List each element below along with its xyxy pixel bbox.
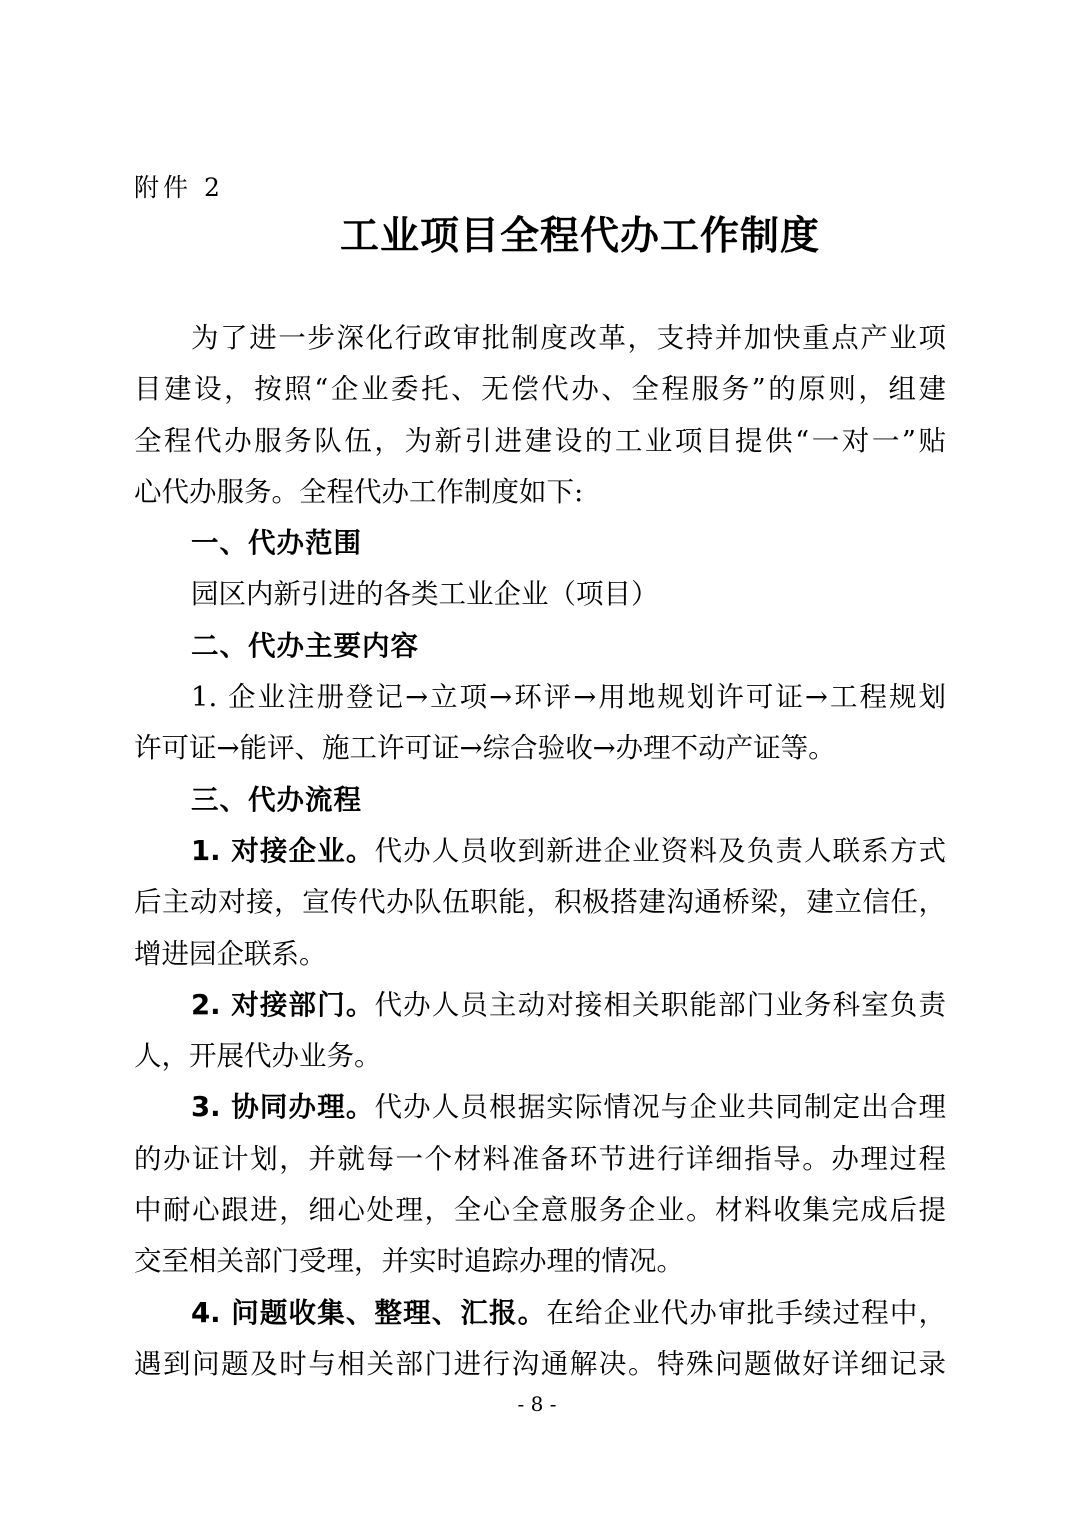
document-body: 为了进一步深化行政审批制度改革，支持并加快重点产业项 目建设，按照“企业委托、无… bbox=[134, 313, 946, 1390]
process-step-4-text: 在给企业代办审批手续过程中， bbox=[546, 1297, 946, 1329]
process-step-1-lead: 1. 对接企业。 bbox=[191, 835, 374, 867]
intro-line: 目建设，按照“企业委托、无偿代办、全程服务”的原则，组建 bbox=[134, 364, 946, 415]
document-title: 工业项目全程代办工作制度 bbox=[0, 205, 1074, 261]
process-step-1-line: 后主动对接，宣传代办队伍职能，积极搭建沟通桥梁，建立信任， bbox=[134, 877, 946, 928]
intro-line: 为了进一步深化行政审批制度改革，支持并加快重点产业项 bbox=[134, 313, 946, 364]
process-step-4-line: 4. 问题收集、整理、汇报。在给企业代办审批手续过程中， bbox=[134, 1288, 946, 1339]
document-page: 附件 2 工业项目全程代办工作制度 为了进一步深化行政审批制度改革，支持并加快重… bbox=[0, 0, 1074, 1520]
process-step-3-line: 交至相关部门受理，并实时追踪办理的情况。 bbox=[134, 1236, 946, 1287]
intro-line: 全程代办服务队伍，为新引进建设的工业项目提供“一对一”贴 bbox=[134, 416, 946, 467]
process-step-4-line: 遇到问题及时与相关部门进行沟通解决。特殊问题做好详细记录 bbox=[134, 1339, 946, 1390]
scope-text: 园区内新引进的各类工业企业（项目） bbox=[134, 569, 946, 620]
attachment-label: 附件 2 bbox=[134, 168, 224, 204]
content-line: 许可证→能评、施工许可证→综合验收→办理不动产证等。 bbox=[134, 723, 946, 774]
page-number: - 8 - bbox=[0, 1392, 1074, 1416]
process-step-2-line: 2. 对接部门。代办人员主动对接相关职能部门业务科室负责 bbox=[134, 980, 946, 1031]
process-step-1-line: 增进园企联系。 bbox=[134, 929, 946, 980]
section-heading-content: 二、代办主要内容 bbox=[134, 621, 946, 672]
process-step-1-text: 代办人员收到新进企业资料及负责人联系方式 bbox=[374, 835, 946, 867]
process-step-3-line: 中耐心跟进，细心处理，全心全意服务企业。材料收集完成后提 bbox=[134, 1185, 946, 1236]
section-heading-scope: 一、代办范围 bbox=[134, 518, 946, 569]
section-heading-process: 三、代办流程 bbox=[134, 775, 946, 826]
content-line: 1. 企业注册登记→立项→环评→用地规划许可证→工程规划 bbox=[134, 672, 946, 723]
process-step-2-lead: 2. 对接部门。 bbox=[191, 989, 374, 1021]
process-step-1-line: 1. 对接企业。代办人员收到新进企业资料及负责人联系方式 bbox=[134, 826, 946, 877]
process-step-2-text: 代办人员主动对接相关职能部门业务科室负责 bbox=[374, 989, 946, 1021]
process-step-4-lead: 4. 问题收集、整理、汇报。 bbox=[191, 1297, 546, 1329]
intro-line: 心代办服务。全程代办工作制度如下: bbox=[134, 467, 946, 518]
process-step-3-line: 的办证计划，并就每一个材料准备环节进行详细指导。办理过程 bbox=[134, 1134, 946, 1185]
process-step-3-text: 代办人员根据实际情况与企业共同制定出合理 bbox=[374, 1091, 946, 1123]
process-step-3-line: 3. 协同办理。代办人员根据实际情况与企业共同制定出合理 bbox=[134, 1082, 946, 1133]
process-step-2-line: 人，开展代办业务。 bbox=[134, 1031, 946, 1082]
process-step-3-lead: 3. 协同办理。 bbox=[191, 1091, 374, 1123]
